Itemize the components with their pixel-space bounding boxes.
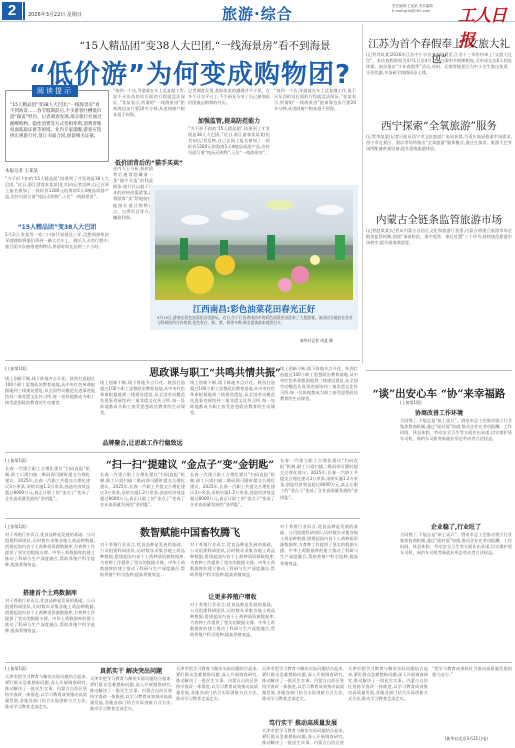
story-livestock-col3b: 对于养殖行业而言,优良品种是发展的基础。公司组建科研团队,历时数年采集各地土鸡品… [190, 602, 275, 658]
story-livestock-source: (上接第1版) [5, 524, 27, 530]
photo-illustration [155, 190, 353, 300]
story-driver-text-2: 合同签了,不能总是“纸上谈兵”。酒泉市总工会推动建立行业集体协商机制,通过“面对… [400, 532, 512, 642]
story-bottom-subhead-1: 真抓实干 解决突出问题 [90, 666, 172, 675]
story-bottom-subhead-2: 笃行实干 推动高质量发展 [262, 718, 344, 727]
story-bottom-col3: 天津市把学习教育与解决实际问题结合起来,紧盯群众急难愁盼问题,深入开展调查研究,… [176, 666, 258, 746]
story-livestock-subhead-1: 搭建首个土鸡数据库 [5, 588, 95, 597]
reading-tips-box: “15人精品团”变38人大巴团,“一线海景房”看不到海景……春节假期前后,不少游… [5, 90, 109, 162]
photo-caption: 3月15日,游客在彩色油菜花田里游玩。近日,位于江西省南昌市的彩色油菜花田迎来了… [157, 315, 353, 326]
brief-neimenggu-text: (记者赵某某)记者从内蒙古自治区文化和旅游厅获悉,内蒙古将建立旅游市场全链条监管… [366, 228, 512, 328]
story-bottom-credit: (新华社北京3月21日电) [445, 736, 488, 742]
brief-xining-text: (记者李某某)记者日前从西宁市文化旅游广电局获悉,为适应高原旅游市场需求,西宁市… [366, 134, 512, 204]
page-number-bar [23, 2, 25, 20]
story-bottom-col4: 天津市把学习教育与解决实际问题结合起来,紧盯群众急难愁盼问题,深入开展调查研究,… [262, 666, 344, 714]
story-livestock-col2: 对于养殖行业而言,优良品种是发展的基础。公司组建科研团队,历时数年采集各地土鸡品… [100, 542, 185, 658]
section-rule [5, 452, 360, 453]
story-bottom-col2: 天津市把学习教育与解决实际问题结合起来,紧盯群众急难愁盼问题,深入开展调查研究,… [90, 676, 172, 746]
story-ideology-col1: 线上创新不断,线下阵地多点开花。陕西打造超过100个职工思想政治教育基地,从中央… [5, 376, 95, 446]
story-bottom-col5: 天津市把学习教育与解决实际问题结合起来,紧盯群众急难愁盼问题,深入开展调查研究,… [348, 666, 428, 746]
lead-body-col1: “为不折不扣的‘15人精品团’,结果到了才发现是38人大巴团。”近日,浙江游客张… [5, 176, 109, 220]
story-driver-source: (上接第1版) [400, 400, 422, 406]
story-livestock-col1b: 对于养殖行业而言,优良品种是发展的基础。公司组建科研团队,历时数年采集各地土鸡品… [5, 598, 95, 658]
brief-neimenggu-headline: 内蒙古全链条监管旅游市场 [366, 212, 512, 227]
lead-subhead-1: “15人精品团”变38人大巴团 [5, 222, 109, 231]
story-driver-headline: “谈”出安心车 “协”来幸福路 [366, 386, 512, 401]
story-suggestion-col3: 长春一汽建立职工合理化建议“扫码直报”机制,职工只需扫描二维码即可随时提交合理化… [190, 472, 275, 514]
lead-subhead-3: 加强监管,提高防范能力 [188, 116, 270, 125]
story-driver-text: 合同签了,不能总是“纸上谈兵”。酒泉市总工会推动建立行业集体协商机制,通过“面对… [400, 418, 512, 518]
story-ideology-col3: 线上创新不断,线下阵地多点开花。陕西打造超过100个职工思想政治教育基地,从中央… [190, 380, 275, 446]
issue-date: 2026年3月22日 星期日 [28, 11, 82, 18]
column-divider [362, 24, 363, 364]
story-suggestion-col1: 长春一汽建立职工合理化建议“扫码直报”机制,职工只需扫描二维码即可随时提交合理化… [5, 466, 90, 514]
story-livestock-headline: 数智赋能中国畜牧腾飞 [100, 524, 280, 539]
reading-tips-text: “15人精品团”变38人大巴团,“一线海景房”看不到海景……春节假期前后,不少游… [10, 103, 104, 140]
lead-body-col2b: 业内人士分析,低价团背后通常隐藏着一条“猫手买卖”的利益链条:旅行社以低于成本的… [113, 166, 153, 356]
story-livestock-col1: 对于养殖行业而言,优良品种是发展的基础。公司组建科研团队,历时数年采集各地土鸡品… [5, 532, 95, 584]
section-title: 旅游·综合 [222, 3, 293, 24]
rapeseed-field-photo [155, 190, 353, 300]
story-bottom-col1: 天津市把学习教育与解决实际问题结合起来,紧盯群众急难愁盼问题,深入开展调查研究,… [5, 674, 87, 746]
lead-body-col4: “每到一个店,导游就在车上反复做工作,说不买东西的话后面的行程就没法保证。”张某… [274, 88, 356, 182]
story-bottom-col4b: 天津市把学习教育与解决实际问题结合起来,紧盯群众急难愁盼问题,深入开展调查研究,… [262, 728, 344, 746]
story-ideology-col2: 线上创新不断,线下阵地多点开花。陕西打造超过100个职工思想政治教育基地,从中央… [100, 380, 185, 436]
story-livestock-col4: 对于养殖行业而言,优良品种是发展的基础。公司组建科研团队,历时数年采集各地土鸡品… [280, 524, 358, 658]
story-suggestion-col4: 长春一汽建立职工合理化建议“扫码直报”机制,职工只需扫描二维码即可随时提交合理化… [280, 458, 358, 514]
section-rule [5, 360, 360, 361]
section-rule [5, 518, 360, 519]
story-driver-subhead-1: 协商改善工作环境 [366, 408, 512, 417]
lead-body-col3: 记者调查发现,类似张某的遭遇并不少见。在多个社交平台上,不少网友分享了自己参加低… [188, 88, 270, 112]
story-suggestion-col2: 长春一汽建立职工合理化建议“扫码直报”机制,职工只需扫描二维码即可随时提交合理化… [100, 472, 185, 514]
story-bottom-col6: “把学习教育成果转化为推动高质量发展的强大动力。” [432, 666, 512, 722]
lead-body-col2: “每到一个店,导游就在车上反复做工作,说不买东西的话后面的行程就没法保证。”张某… [113, 88, 185, 154]
story-suggestion-headline: “扫一扫”提建议 “金点子”变“金钥匙” [75, 456, 305, 471]
story-ideology-subhead: 品牌聚合,让思政工作行稳致远 [100, 438, 185, 447]
page-number: 2 [2, 2, 22, 20]
brief-jiangsu-text: (记者刘某某)2026年江苏中小学首个春假将至,江苏十三市纷纷奉上“文旅大礼包”… [366, 52, 512, 114]
editor-credits: 责任编辑:王某某 美术编辑 E-mail:grrb@163.com [392, 4, 452, 14]
story-ideology-source: (上接第1版) [5, 366, 27, 372]
photo-title: 江西南昌:彩色油菜花田春光正好 [150, 303, 358, 315]
story-bottom-source: (上接第1版) [5, 666, 27, 672]
lead-byline: 本报记者 王某某 [5, 168, 38, 174]
brief-xining-headline: 西宁探索“全氧旅游”服务 [366, 118, 512, 133]
section-rule [5, 662, 512, 663]
lead-body-col3b: “为不折不扣的‘15人精品团’,结果到了才发现是38人大巴团。”近日,浙江游客张… [188, 126, 270, 182]
photo-credit: 新华社记者 周某 摄 [300, 338, 333, 344]
reading-tips-label: 阅读提示 [32, 85, 78, 97]
story-livestock-col3: 对于养殖行业而言,优良品种是发展的基础。公司组建科研团队,历时数年采集各地土鸡品… [190, 542, 275, 584]
lead-body-col1b: 2月2日,张某等一家三口按计划抵达三亚,没想到接机的导游随即将他们带到一辆大巴车… [5, 232, 109, 358]
story-driver-subhead-2: 企业稳了,行业旺了 [400, 522, 512, 531]
story-livestock-subhead-2: 让更多养殖户增收 [190, 592, 275, 601]
section-rule [366, 370, 512, 371]
story-suggestion-source: (上接第1版) [5, 458, 27, 464]
lead-subtitle: “15人精品团”变38人大巴团,“一线海景房”看不到海景 [60, 38, 350, 53]
story-ideology-col4: 线上创新不断,线下阵地多点开花。陕西打造超过100个职工思想政治教育基地,从中央… [280, 366, 358, 446]
